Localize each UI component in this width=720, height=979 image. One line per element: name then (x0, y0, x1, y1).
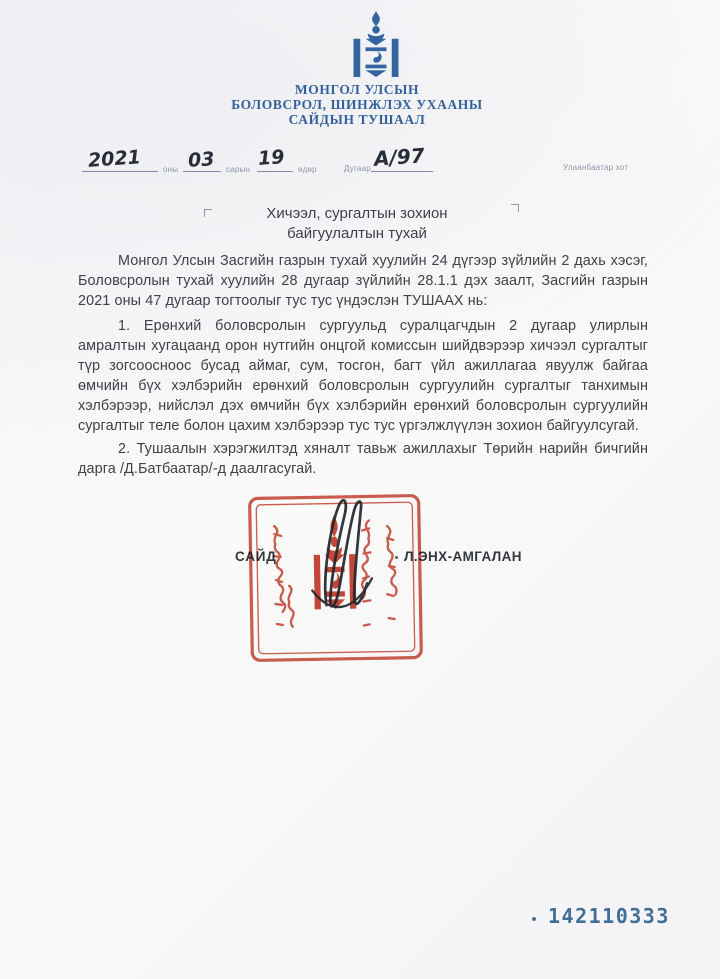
year-label: оны (163, 165, 178, 174)
document-title-line2: байгуулалтын тухай (0, 224, 714, 244)
city-label: Улаанбаатар хот (563, 163, 628, 172)
serial-number: 142110333 (548, 904, 670, 928)
document-title-line1: Хичээл, сургалтын зохион (0, 204, 714, 224)
year-blank-line (82, 171, 158, 172)
ministry-header-line1: МОНГОЛ УЛСЫН (0, 82, 714, 97)
ministry-seal-stamp (247, 491, 426, 666)
order-number-label: Дугаар (344, 164, 371, 173)
handwritten-month: 03 (187, 148, 215, 172)
serial-dot (532, 917, 536, 921)
day-blank-line (257, 171, 293, 172)
handwritten-year: 2021 (87, 146, 141, 172)
month-label: сарын (226, 165, 250, 174)
month-blank-line (183, 171, 221, 172)
document-title: Хичээл, сургалтын зохион байгуулалтын ту… (0, 204, 714, 244)
ministry-header: МОНГОЛ УЛСЫН БОЛОВСРОЛ, ШИНЖЛЭХ УХААНЫ С… (0, 82, 714, 127)
ministry-header-line3: САЙДЫН ТУШААЛ (0, 112, 714, 127)
day-label: өдөр (298, 165, 317, 174)
soyombo-icon (349, 11, 403, 77)
handwritten-order-number: А/97 (373, 143, 425, 170)
order-item-2-paragraph: 2. Тушаалын хэрэгжилтэд хяналт тавьж ажи… (78, 439, 648, 479)
scanned-ministerial-order-page: МОНГОЛ УЛСЫН БОЛОВСРОЛ, ШИНЖЛЭХ УХААНЫ С… (0, 0, 720, 979)
ministry-header-line2: БОЛОВСРОЛ, ШИНЖЛЭХ УХААНЫ (0, 97, 714, 112)
order-item-1-paragraph: 1. Ерөнхий боловсролын сургуульд суралца… (78, 316, 648, 436)
preamble-paragraph: Монгол Улсын Засгийн газрын тухай хуулий… (78, 251, 648, 311)
handwritten-day: 19 (257, 146, 285, 170)
order-number-blank-line (371, 171, 433, 172)
